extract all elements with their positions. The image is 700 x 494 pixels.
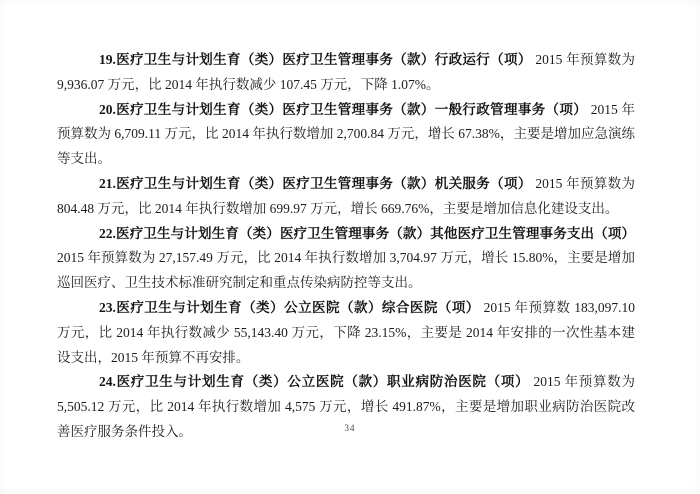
budget-paragraph-23: 23.医疗卫生与计划生育（类）公立医院（款）综合医院（项） 2015 年预算数 … — [57, 296, 635, 370]
page-number: 34 — [0, 423, 700, 433]
paragraph-19-heading: 19.医疗卫生与计划生育（类）医疗卫生管理事务（款）行政运行（项） — [99, 52, 532, 67]
paragraph-20-heading: 20.医疗卫生与计划生育（类）医疗卫生管理事务（款）一般行政管理事务（项） — [99, 102, 587, 117]
paragraph-23-heading: 23.医疗卫生与计划生育（类）公立医院（款）综合医院（项） — [99, 300, 480, 315]
document-body: 19.医疗卫生与计划生育（类）医疗卫生管理事务（款）行政运行（项） 2015 年… — [57, 48, 635, 445]
document-page: 19.医疗卫生与计划生育（类）医疗卫生管理事务（款）行政运行（项） 2015 年… — [0, 0, 700, 494]
budget-paragraph-21: 21.医疗卫生与计划生育（类）医疗卫生管理事务（款）机关服务（项） 2015 年… — [57, 172, 635, 222]
paragraph-22-heading: 22.医疗卫生与计划生育（类）医疗卫生管理事务（款）其他医疗卫生管理事务支出（项… — [99, 226, 635, 241]
budget-paragraph-19: 19.医疗卫生与计划生育（类）医疗卫生管理事务（款）行政运行（项） 2015 年… — [57, 48, 635, 98]
budget-paragraph-24: 24.医疗卫生与计划生育（类）公立医院（款）职业病防治医院（项） 2015 年预… — [57, 370, 635, 444]
budget-paragraph-22: 22.医疗卫生与计划生育（类）医疗卫生管理事务（款）其他医疗卫生管理事务支出（项… — [57, 222, 635, 296]
paragraph-21-heading: 21.医疗卫生与计划生育（类）医疗卫生管理事务（款）机关服务（项） — [99, 176, 532, 191]
budget-paragraph-20: 20.医疗卫生与计划生育（类）医疗卫生管理事务（款）一般行政管理事务（项） 20… — [57, 98, 635, 172]
paragraph-22-body: 2015 年预算数为 27,157.49 万元，比 2014 年执行数增加 3,… — [57, 250, 635, 290]
paragraph-24-heading: 24.医疗卫生与计划生育（类）公立医院（款）职业病防治医院（项） — [99, 374, 529, 389]
